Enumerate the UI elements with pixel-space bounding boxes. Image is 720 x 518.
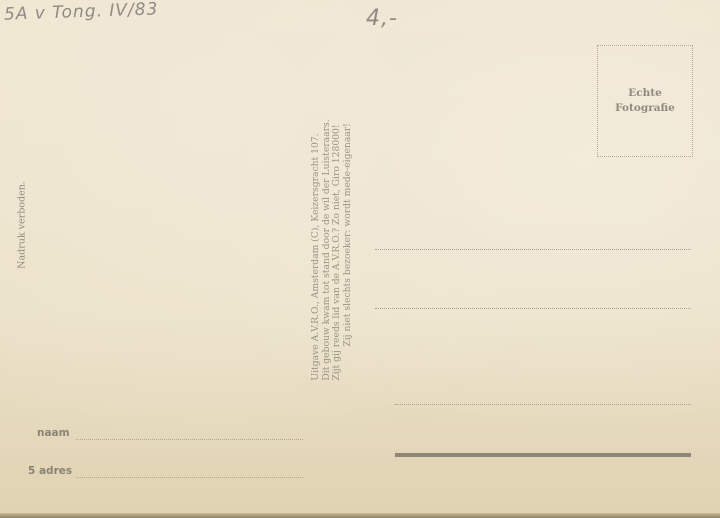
sender-name-label: naam — [37, 427, 70, 439]
publisher-text: Uitgave A.V.R.O., Amsterdam (C), Keizers… — [311, 119, 353, 380]
handwritten-price: 4,- — [366, 6, 398, 31]
publisher-line-1: Uitgave A.V.R.O., Amsterdam (C), Keizers… — [311, 119, 322, 380]
card-edge — [0, 513, 720, 518]
sender-address-field[interactable] — [76, 477, 303, 478]
address-line-2[interactable] — [375, 308, 691, 309]
address-line-1[interactable] — [375, 249, 691, 250]
sender-address-label: 5 adres — [28, 465, 72, 477]
publisher-line-3: Zijt gij reeds lid van de A.V.R.O.? Zo n… — [332, 119, 343, 380]
stamp-box-line1: Echte — [628, 86, 662, 101]
handwritten-reference: 5A v Tong. IV/83 — [4, 0, 159, 25]
address-line-4[interactable] — [395, 453, 691, 457]
copyright-notice: Nadruk verboden. — [17, 181, 28, 269]
sender-name-field[interactable] — [76, 439, 303, 440]
postcard-back: 5A v Tong. IV/83 4,- Echte Fotografie Na… — [0, 0, 720, 518]
address-line-3[interactable] — [395, 404, 691, 405]
stamp-box-line2: Fotografie — [615, 101, 675, 116]
publisher-line-4: Zij niet slechts bezoeker: wordt mede-ei… — [343, 119, 354, 380]
stamp-box: Echte Fotografie — [597, 45, 693, 157]
